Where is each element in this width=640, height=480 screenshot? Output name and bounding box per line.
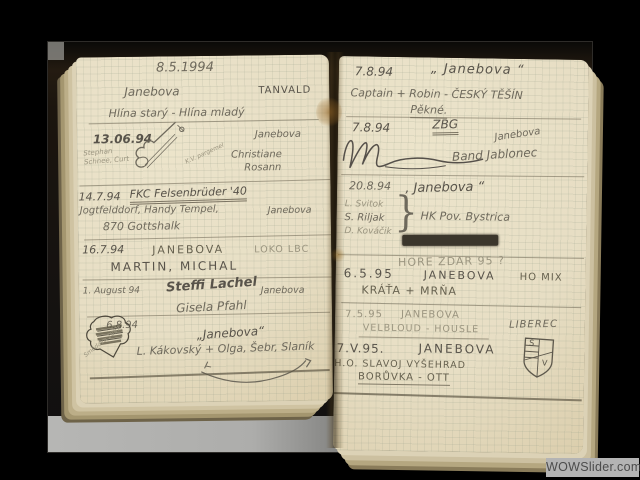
entry-line: H.O. SLAVOJ VYŠEHRAD xyxy=(334,358,466,371)
paper-stain xyxy=(331,247,345,263)
entry-date: 7.8.94 xyxy=(355,64,393,79)
entry-line: HORE ZDAR 95 ? xyxy=(398,254,505,269)
entry-name: JANEBOVA xyxy=(401,309,460,321)
shield-initial: S xyxy=(529,338,535,347)
entry-date: 20.8.94 xyxy=(349,179,391,193)
entry-separator-line xyxy=(334,392,582,401)
entry-separator-line xyxy=(341,302,581,308)
notebook-left-page: 8.5.1994 Janebova TANVALD Hlína starý - … xyxy=(76,54,333,403)
paper-stain xyxy=(316,97,342,127)
entry-line: 870 Gottshalk xyxy=(103,219,180,233)
person-name: L. Svitok xyxy=(345,199,384,210)
entry-line: Hlína starý - Hlína mladý xyxy=(109,106,245,121)
faint-signature: Stephan Schnee, Curt xyxy=(83,146,129,167)
entry-club: HK Pov. Bystrica xyxy=(421,209,511,223)
entry-line: KRÁŤA + MRŇA xyxy=(361,283,457,297)
entry-name: JANEBOVA xyxy=(152,243,224,257)
entry-name: Janebova xyxy=(255,129,301,141)
violin-sketch xyxy=(132,122,195,177)
entry-separator-line xyxy=(346,116,581,119)
entry-name: JANEBOVA xyxy=(418,341,495,356)
entry-place: LIBEREC xyxy=(509,319,558,331)
entry-date: 1. August 94 xyxy=(83,286,140,297)
photo-corner-edge xyxy=(48,42,64,60)
wowslider-watermark-link[interactable]: WOWSlider.com xyxy=(546,458,639,477)
person-name: S. Riljak xyxy=(344,212,384,224)
entry-date: 8.5.1994 xyxy=(156,60,214,76)
entry-date: 16.7.94 xyxy=(82,243,124,257)
entry-name: Janebova xyxy=(124,84,179,99)
signature: Rosann xyxy=(244,162,281,173)
entry-date: 7.5.95 xyxy=(345,309,383,320)
redacted-mark xyxy=(402,235,498,246)
entry-line: BORŮVKA - OTT xyxy=(358,371,450,385)
entry-line: Captain + Robin - ČESKÝ TĚŠÍN xyxy=(350,86,522,102)
signature: Christiane xyxy=(231,149,282,161)
entry-place: HO MIX xyxy=(520,272,563,284)
entry-date: 14.7.94 xyxy=(79,190,121,204)
entry-separator-line xyxy=(341,174,584,177)
entry-separator-line xyxy=(359,336,489,339)
entry-place: TANVALD xyxy=(258,85,311,97)
slider-stage: 8.5.1994 Janebova TANVALD Hlína starý - … xyxy=(0,0,640,480)
shield-initial: V xyxy=(542,358,548,367)
entry-date: 6.5.95 xyxy=(344,266,394,281)
entry-line: Jogtfelddorf, Handy Tempel, xyxy=(80,204,219,217)
entry-name: Janebova xyxy=(268,205,312,217)
entry-name: „Janebova“ xyxy=(196,324,264,342)
entry-line: VELBLOUD - HOUSLE xyxy=(363,322,480,335)
entry-club: FKC Felsenbrüder '40 xyxy=(129,184,247,204)
entry-line: MARTIN, MICHAL xyxy=(110,259,238,275)
entry-name: Janebova xyxy=(261,285,305,297)
entry-name: Janebova xyxy=(494,126,541,143)
entry-name: JANEBOVA xyxy=(424,268,496,282)
shield-sketch: S V xyxy=(520,335,557,381)
brace-mark: } xyxy=(394,192,418,234)
guestbook-photo: 8.5.1994 Janebova TANVALD Hlína starý - … xyxy=(48,42,592,452)
person-name: D. Kováčik xyxy=(344,226,391,237)
notebook-right-page: 7.8.94 „ Janebova “ Captain + Robin - ČE… xyxy=(333,56,589,454)
entry-place: LOKO LBC xyxy=(254,244,309,256)
entry-name: „ Janebova “ xyxy=(431,62,525,78)
entry-separator-line xyxy=(84,234,331,240)
